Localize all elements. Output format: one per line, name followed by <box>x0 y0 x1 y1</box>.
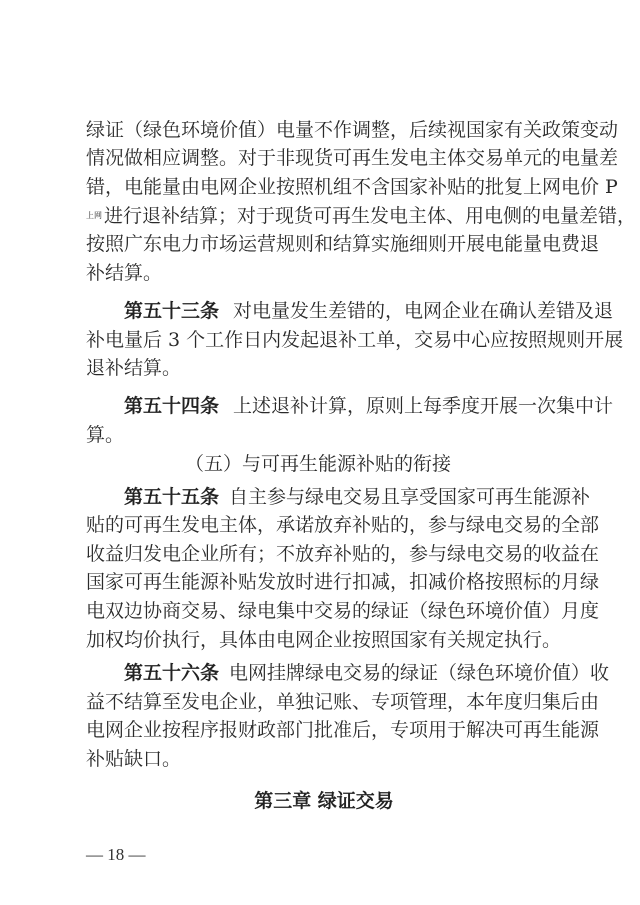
article-56-first-line: 第五十六条 电网挂牌绿电交易的绿证（绿色环境价值）收 <box>124 659 560 687</box>
text-line: 上述退补计算，原则上每季度开展一次集中计 <box>233 392 613 420</box>
article-53-first-line: 第五十三条 对电量发生差错的，电网企业在确认差错及退 <box>124 297 560 325</box>
article-heading: 第五十五条 <box>124 483 219 511</box>
text-line: 对电量发生差错的，电网企业在确认差错及退 <box>233 297 613 325</box>
text-line: 加权均价执行，具体由电网企业按照国家有关规定执行。 <box>86 626 560 654</box>
text-line: 进行退补结算；对于现货可再生发电主体、用电侧的电量差错， <box>104 202 636 230</box>
text-line: 情况做相应调整。对于非现货可再生发电主体交易单元的电量差 <box>86 144 560 172</box>
article-heading: 第五十六条 <box>124 659 219 687</box>
article-54-first-line: 第五十四条 上述退补计算，原则上每季度开展一次集中计 <box>124 392 560 420</box>
document-page: 绿证（绿色环境价值）电量不作调整，后续视国家有关政策变动 情况做相应调整。对于非… <box>0 0 640 905</box>
chapter-heading: 第三章 绿证交易 <box>4 787 640 815</box>
text-line: 电网挂牌绿电交易的绿证（绿色环境价值）收 <box>229 659 609 687</box>
text-line: 电双边协商交易、绿电集中交易的绿证（绿色环境价值）月度 <box>86 597 560 625</box>
article-55-first-line: 第五十五条 自主参与绿电交易且享受国家可再生能源补 <box>124 483 560 511</box>
text-line: 电网企业按程序报财政部门批准后，专项用于解决可再生能源 <box>86 716 560 744</box>
section-heading: （五）与可再生能源补贴的衔接 <box>0 450 638 478</box>
page-number: — 18 — <box>86 843 146 867</box>
text-line: 国家可再生能源补贴发放时进行扣减，扣减价格按照标的月绿 <box>86 568 560 596</box>
text-line: 自主参与绿电交易且享受国家可再生能源补 <box>229 483 590 511</box>
article-heading: 第五十四条 <box>124 392 219 420</box>
text-line: 补结算。 <box>86 259 560 287</box>
text-line: 错，电能量由电网企业按照机组不含国家补贴的批复上网电价 P <box>86 173 560 201</box>
article-heading: 第五十三条 <box>124 297 219 325</box>
text-line: 退补结算。 <box>86 354 560 382</box>
subscript-label: 上网 <box>86 202 102 230</box>
text-line: 按照广东电力市场运营规则和结算实施细则开展电能量电费退 <box>86 230 560 258</box>
text-line: 收益归发电企业所有；不放弃补贴的，参与绿电交易的收益在 <box>86 540 560 568</box>
text-line: 益不结算至发电企业，单独记账、专项管理，本年度归集后由 <box>86 688 560 716</box>
text-line: 算。 <box>86 421 560 449</box>
text-line: 补电量后 3 个工作日内发起退补工单，交易中心应按照规则开展 <box>86 326 560 354</box>
text-line: 补贴缺口。 <box>86 745 560 773</box>
text-line: 贴的可再生发电主体，承诺放弃补贴的，参与绿电交易的全部 <box>86 511 560 539</box>
text-line: 绿证（绿色环境价值）电量不作调整，后续视国家有关政策变动 <box>86 116 560 144</box>
text-line-with-subscript: 上网 进行退补结算；对于现货可再生发电主体、用电侧的电量差错， <box>86 202 560 230</box>
